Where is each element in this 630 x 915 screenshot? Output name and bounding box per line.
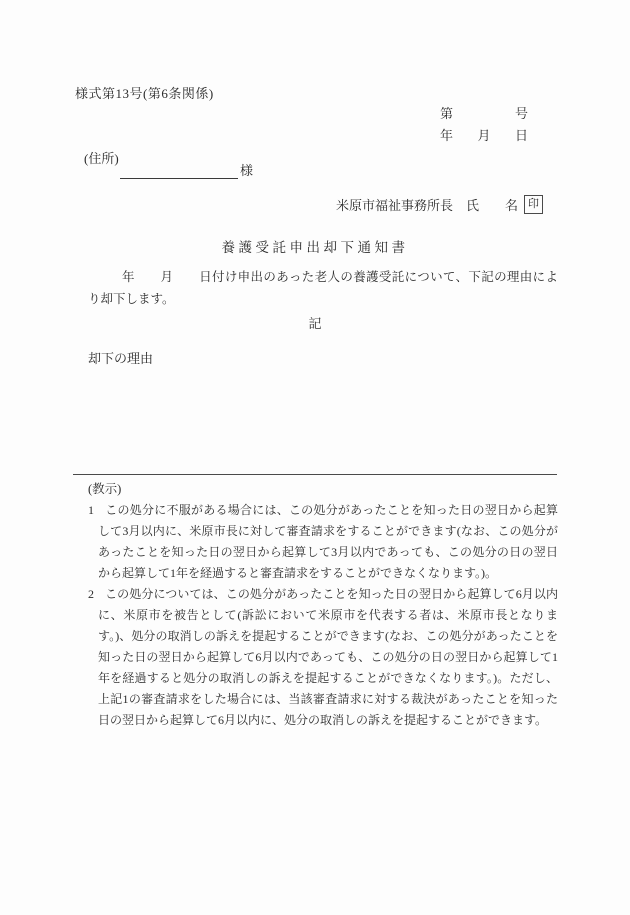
doc-number-row: 第 号 <box>440 103 528 122</box>
record-label: 記 <box>0 313 630 332</box>
doc-number-suffix: 号 <box>515 103 528 122</box>
notice-item-number: 1 <box>88 503 94 517</box>
divider-rule <box>73 474 557 475</box>
addressee-honorific: 様 <box>240 163 253 178</box>
rejection-reason-label: 却下の理由 <box>88 348 153 367</box>
date-month-label: 月 <box>477 125 490 144</box>
date-year-label: 年 <box>440 125 453 144</box>
notice-item-text: この処分に不服がある場合には、この処分があったことを知った日の翌日から起算して3… <box>98 503 558 580</box>
notice-item: 2この処分については、この処分があったことを知った日の翌日から起算して6月以内に… <box>88 584 558 731</box>
document-title: 養護受託申出却下通知書 <box>0 236 630 256</box>
addressee-blank-line <box>120 162 238 179</box>
notice-section: (教示) 1この処分に不服がある場合には、この処分があったことを知った日の翌日か… <box>88 479 558 731</box>
address-label: (住所) <box>84 148 119 167</box>
notice-item-text: この処分については、この処分があったことを知った日の翌日から起算して6月以内に、… <box>98 587 558 727</box>
date-day-label: 日 <box>515 125 528 144</box>
notice-label: (教示) <box>88 479 558 500</box>
doc-number-prefix: 第 <box>440 103 453 122</box>
sender-row: 米原市福祉事務所長 氏 名 印 <box>336 195 543 214</box>
sender-title-name-label: 米原市福祉事務所長 氏 名 <box>336 195 518 214</box>
notice-item: 1この処分に不服がある場合には、この処分があったことを知った日の翌日から起算して… <box>88 500 558 584</box>
form-number-label: 様式第13号(第6条関係) <box>75 83 214 102</box>
addressee-row: 様 <box>120 160 253 179</box>
notice-item-number: 2 <box>88 587 94 601</box>
body-paragraph: 年 月 日付け申出のあった老人の養護受託について、下記の理由により却下します。 <box>88 266 558 310</box>
date-row: 年 月 日 <box>440 125 528 144</box>
seal-stamp: 印 <box>524 195 543 214</box>
document-page: 様式第13号(第6条関係) 第 号 年 月 日 (住所) 様 米原市福祉事務所長… <box>0 0 630 915</box>
